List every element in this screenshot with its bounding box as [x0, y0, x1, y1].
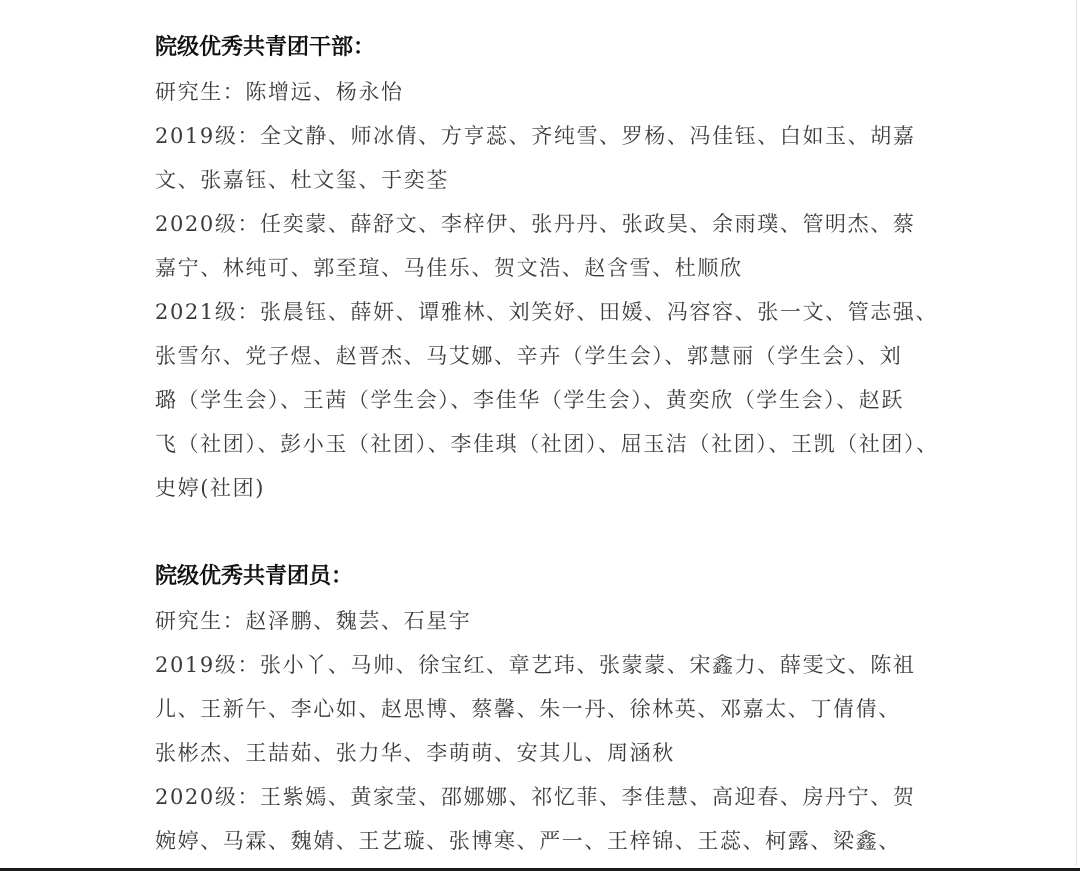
text-line-2019: 2019级：全文静、师冰倩、方亨蕊、齐纯雪、罗杨、冯佳钰、白如玉、胡嘉 — [155, 114, 925, 158]
text-line-graduate: 研究生：陈增远、杨永怡 — [155, 70, 925, 114]
text-line-2020: 2020级：任奕蒙、薛舒文、李梓伊、张丹丹、张政昊、余雨璞、管明杰、蔡 — [155, 202, 925, 246]
text-line-2019: 2019级：张小丫、马帅、徐宝红、章艺玮、张蒙蒙、宋鑫力、薛雯文、陈祖 — [155, 643, 925, 687]
text-line-2021-cont: 张雪尔、党子煜、赵晋杰、马艾娜、辛卉（学生会）、郭慧丽（学生会）、刘 — [155, 334, 925, 378]
document-page: 院级优秀共青团干部： 研究生：陈增远、杨永怡 2019级：全文静、师冰倩、方亨蕊… — [0, 0, 1080, 871]
text-line-2021-cont: 史婷(社团) — [155, 466, 925, 510]
section-heading: 院级优秀共青团员： — [155, 555, 925, 599]
text-line-2021-cont: 飞（社团）、彭小玉（社团）、李佳琪（社团）、屈玉洁（社团）、王凯（社团）、 — [155, 422, 925, 466]
text-line-graduate: 研究生：赵泽鹏、魏芸、石星宇 — [155, 599, 925, 643]
text-line-2019-cont: 张彬杰、王喆茹、张力华、李萌萌、安其儿、周涵秋 — [155, 731, 925, 775]
document-content: 院级优秀共青团干部： 研究生：陈增远、杨永怡 2019级：全文静、师冰倩、方亨蕊… — [155, 26, 925, 863]
text-line-2020: 2020级：王紫嫣、黄家莹、邵娜娜、祁忆菲、李佳慧、高迎春、房丹宁、贺 — [155, 775, 925, 819]
text-line-2020-cont: 嘉宁、林纯可、郭至瑄、马佳乐、贺文浩、赵含雪、杜顺欣 — [155, 246, 925, 290]
text-line-2019-cont: 文、张嘉钰、杜文玺、于奕荃 — [155, 158, 925, 202]
section-heading: 院级优秀共青团干部： — [155, 26, 925, 70]
text-line-2019-cont: 儿、王新午、李心如、赵思博、蔡馨、朱一丹、徐林英、邓嘉太、丁倩倩、 — [155, 687, 925, 731]
page-right-border — [1076, 0, 1077, 866]
section-outstanding-league-cadres: 院级优秀共青团干部： 研究生：陈增远、杨永怡 2019级：全文静、师冰倩、方亨蕊… — [155, 26, 925, 510]
section-outstanding-league-members: 院级优秀共青团员： 研究生：赵泽鹏、魏芸、石星宇 2019级：张小丫、马帅、徐宝… — [155, 555, 925, 863]
text-line-2021-cont: 璐（学生会）、王茜（学生会）、李佳华（学生会）、黄奕欣（学生会）、赵跃 — [155, 378, 925, 422]
text-line-2020-cont: 婉婷、马霖、魏婧、王艺璇、张博寒、严一、王梓锦、王蕊、柯露、梁鑫、 — [155, 819, 925, 863]
text-line-2021: 2021级：张晨钰、薛妍、谭雅林、刘笑妤、田媛、冯容容、张一文、管志强、 — [155, 290, 925, 334]
